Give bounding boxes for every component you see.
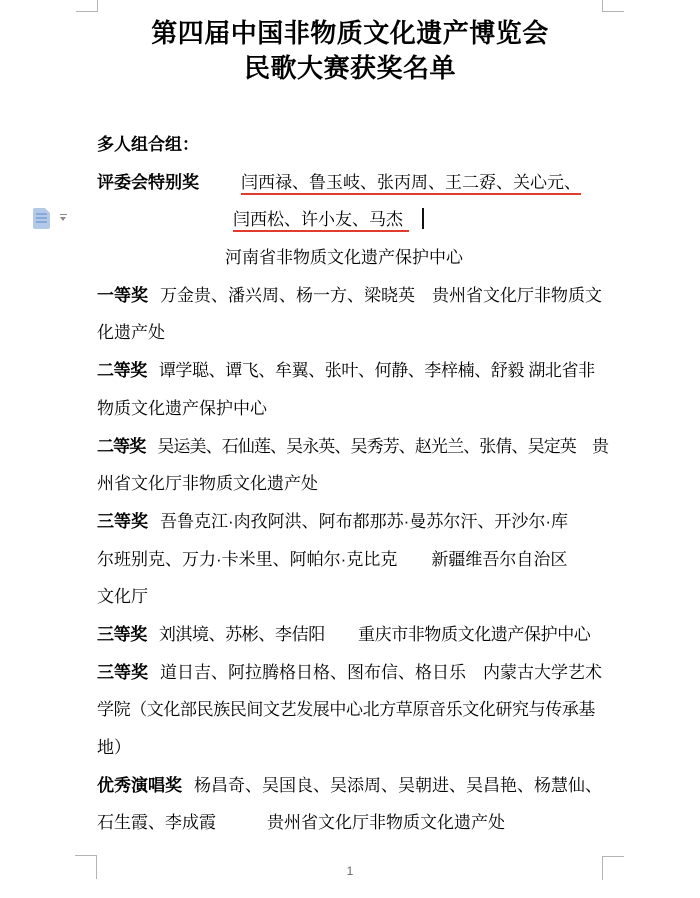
winner-names-underlined[interactable]: 闫西禄、鲁玉岐、张丙周、王二孬、关心元、: [241, 173, 581, 195]
winner-names[interactable]: 道日吉、阿拉腾格日格、图布信、格日乐 内蒙古大学艺术: [160, 663, 602, 682]
award-line-special-jury-1[interactable]: 评委会特别奖闫西禄、鲁玉岐、张丙周、王二孬、关心元、: [97, 164, 603, 202]
winner-names[interactable]: 州省文化厅非物质文化遗产处: [97, 474, 318, 493]
winner-names[interactable]: 学院（文化部民族民间文艺发展中心北方草原音乐文化研究与传承基: [97, 700, 595, 719]
winner-names[interactable]: 化遗产处: [97, 323, 165, 342]
award-label[interactable]: 优秀演唱奖: [97, 776, 182, 795]
award-line-continuation[interactable]: 尔班别克、万力·卡米里、阿帕尔·克比克 新疆维吾尔自治区: [97, 541, 603, 579]
award-line-continuation[interactable]: 化遗产处: [97, 314, 603, 352]
winner-names[interactable]: 万金贵、潘兴周、杨一方、梁晓英 贵州省文化厅非物质文: [160, 286, 602, 305]
winner-names[interactable]: 刘淇境、苏彬、李佶阳 重庆市非物质文化遗产保护中心: [159, 625, 591, 644]
winner-names[interactable]: 吴运美、石仙莲、吴永英、吴秀芳、赵光兰、张倩、吴定英 贵: [157, 437, 608, 456]
paste-options-document-icon: [33, 208, 50, 229]
award-line-continuation[interactable]: 学院（文化部民族民间文艺发展中心北方草原音乐文化研究与传承基: [97, 691, 603, 729]
group-heading[interactable]: 多人组合组：: [97, 135, 199, 154]
award-label[interactable]: 二等奖: [97, 437, 145, 456]
page-number: 1: [0, 864, 700, 878]
winner-names[interactable]: 谭学聪、谭飞、牟翼、张叶、何静、李梓楠、舒毅 湖北省非: [159, 361, 595, 380]
award-line-third-prize-3[interactable]: 三等奖道日吉、阿拉腾格日格、图布信、格日乐 内蒙古大学艺术: [97, 654, 603, 692]
award-label[interactable]: 一等奖: [97, 286, 148, 305]
document-body[interactable]: 多人组合组： 评委会特别奖闫西禄、鲁玉岐、张丙周、王二孬、关心元、 闫西松、许小…: [97, 126, 603, 842]
winner-names[interactable]: 地）: [97, 738, 131, 757]
organization-text[interactable]: 河南省非物质文化遗产保护中心: [225, 248, 463, 267]
award-line-continuation[interactable]: 州省文化厅非物质文化遗产处: [97, 465, 603, 503]
award-line-continuation[interactable]: 地）: [97, 729, 603, 767]
paste-options-button[interactable]: [33, 204, 75, 232]
document-title-line-2[interactable]: 民歌大赛获奖名单: [0, 51, 700, 86]
text-cursor: [422, 208, 424, 229]
award-line-organization[interactable]: 河南省非物质文化遗产保护中心: [97, 239, 603, 277]
dropdown-caret-icon[interactable]: [59, 214, 68, 222]
award-line-third-prize-2[interactable]: 三等奖刘淇境、苏彬、李佶阳 重庆市非物质文化遗产保护中心: [97, 616, 603, 654]
group-heading-line[interactable]: 多人组合组：: [97, 126, 603, 164]
crop-mark-top-left: [76, 0, 98, 12]
award-line-outstanding-singer[interactable]: 优秀演唱奖杨昌奇、吴国良、吴添周、吴朝进、吴昌艳、杨慧仙、: [97, 767, 603, 805]
award-line-second-prize-1[interactable]: 二等奖谭学聪、谭飞、牟翼、张叶、何静、李梓楠、舒毅 湖北省非: [97, 352, 603, 390]
crop-mark-top-right: [602, 0, 624, 12]
winner-names[interactable]: 物质文化遗产保护中心: [97, 399, 267, 418]
winner-names[interactable]: 石生霞、李成霞 贵州省文化厅非物质文化遗产处: [97, 813, 505, 832]
document-title[interactable]: 第四届中国非物质文化遗产博览会 民歌大赛获奖名单: [0, 16, 700, 86]
winner-names-underlined[interactable]: 闫西松、许小友、马杰: [233, 210, 409, 232]
winner-names[interactable]: 杨昌奇、吴国良、吴添周、吴朝进、吴昌艳、杨慧仙、: [194, 776, 602, 795]
winner-names[interactable]: 尔班别克、万力·卡米里、阿帕尔·克比克 新疆维吾尔自治区: [97, 550, 567, 569]
award-label[interactable]: 三等奖: [97, 663, 148, 682]
award-line-continuation[interactable]: 石生霞、李成霞 贵州省文化厅非物质文化遗产处: [97, 804, 603, 842]
award-label[interactable]: 二等奖: [97, 361, 147, 380]
winner-names[interactable]: 文化厅: [97, 587, 148, 606]
award-line-second-prize-2[interactable]: 二等奖吴运美、石仙莲、吴永英、吴秀芳、赵光兰、张倩、吴定英 贵: [97, 428, 603, 466]
award-line-third-prize-1[interactable]: 三等奖吾鲁克江·肉孜阿洪、阿布都那苏·曼苏尔汗、开沙尔·库: [97, 503, 603, 541]
document-page: 第四届中国非物质文化遗产博览会 民歌大赛获奖名单 多人组合组： 评委会特别奖闫西…: [0, 0, 700, 898]
winner-names[interactable]: 吾鲁克江·肉孜阿洪、阿布都那苏·曼苏尔汗、开沙尔·库: [160, 512, 568, 531]
award-line-continuation[interactable]: 文化厅: [97, 578, 603, 616]
award-label[interactable]: 评委会特别奖: [97, 173, 199, 192]
document-title-line-1[interactable]: 第四届中国非物质文化遗产博览会: [0, 16, 700, 51]
award-line-continuation[interactable]: 物质文化遗产保护中心: [97, 390, 603, 428]
award-line-special-jury-2[interactable]: 闫西松、许小友、马杰: [97, 201, 603, 239]
award-label[interactable]: 三等奖: [97, 512, 148, 531]
award-label[interactable]: 三等奖: [97, 625, 147, 644]
award-line-first-prize[interactable]: 一等奖万金贵、潘兴周、杨一方、梁晓英 贵州省文化厅非物质文: [97, 277, 603, 315]
